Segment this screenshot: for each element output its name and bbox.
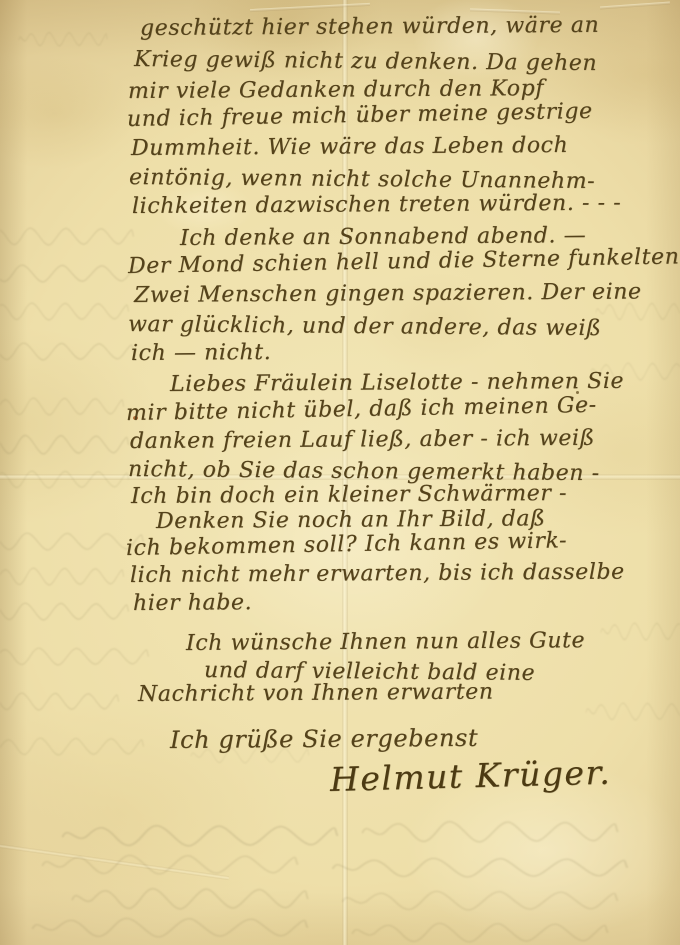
closing-line: Ich grüße Sie ergebenst [170,724,478,754]
handwritten-line: Ich bin doch ein kleiner Schwärmer - [131,481,567,509]
handwritten-line: Zwei Menschen gingen spazieren. Der eine [134,279,642,308]
letter-scan-page: geschützt hier stehen würden, wäre an Kr… [0,0,680,945]
signature: Helmut Krüger. [329,753,611,799]
top-edge-crumple [250,3,370,12]
handwritten-line: Ich wünsche Ihnen nun alles Gute [186,628,585,656]
handwritten-line: und ich freue mich über meine gestrige [127,99,593,132]
handwritten-line: lich nicht mehr erwarten, bis ich dassel… [130,560,625,588]
handwritten-line: ich — nicht. [131,340,271,366]
handwritten-line: eintönig, wenn nicht solche Unannehm- [129,165,595,194]
handwritten-line: geschützt hier stehen würden, wäre an [140,13,599,41]
bottom-left-crease [0,840,229,880]
handwritten-line: danken freien Lauf ließ, aber - ich weiß [130,426,595,454]
handwritten-line: lichkeiten dazwischen treten würden. - -… [132,191,621,219]
handwritten-line: Dummheit. Wie wäre das Leben doch [131,133,568,161]
handwritten-line: Krieg gewiß nicht zu denken. Da gehen [134,47,597,76]
handwritten-line: war glücklich, und der andere, das weiß [128,312,602,341]
handwritten-line: hier habe. [133,590,252,616]
handwritten-line: Nachricht von Ihnen erwarten [138,680,494,707]
handwritten-line: mir bitte nicht übel, daß ich meinen Ge- [126,393,597,426]
top-edge-crumple [600,2,670,10]
